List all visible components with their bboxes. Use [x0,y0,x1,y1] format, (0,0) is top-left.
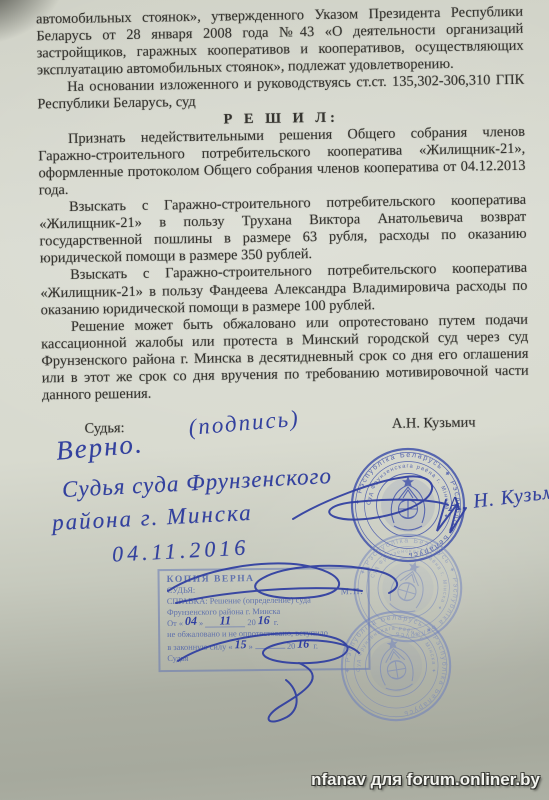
handwritten-month: 11 [218,613,233,627]
handwritten-verno: Верно. [55,428,145,467]
stamp-text: в законную силу « [167,642,232,652]
round-seal-stamp: ✦ Рэспубліка Беларусь ✦ Рэспубліка Белар… [330,600,463,733]
body-paragraph: Взыскать с Гаражно-строительного потреби… [39,192,527,268]
handwritten-podpis: (подпись) [188,410,300,437]
stamp-judge-bottom: Судья [167,651,362,664]
stamp-text: 20 [247,618,255,627]
handwritten-year: 16 [295,637,311,651]
stamp-text: » [249,642,253,651]
document-photo: автомобильных стоянок», утвержденного Ук… [0,0,549,800]
stamp-text: » [199,619,203,628]
body-paragraph: Решение может быть обжаловано или опроте… [41,311,529,404]
judge-name: А.Н. Кузьмич [392,415,476,433]
handwritten-year: 16 [256,613,272,627]
handwritten-district-line: района г. Минска [51,500,253,536]
signature-flourish [269,663,313,722]
body-paragraph: Признать недействительными решения Общег… [38,123,526,199]
photo-corner-shadow [0,0,70,48]
typed-text-block: автомобильных стоянок», утвержденного Ук… [0,3,549,439]
body-paragraph: автомобильных стоянок», утвержденного Ук… [36,4,524,80]
handwritten-day: 04 [183,614,199,628]
watermark-text: nfanav для forum.onliner.by [311,770,540,790]
handwritten-date: 04.11.2016 [111,534,250,567]
handwritten-day: 15 [232,637,248,651]
stamp-text: г. [274,618,279,627]
stamp-text: От « [167,619,183,628]
body-paragraph: Взыскать с Гаражно-строительного потреби… [40,260,528,319]
stamp-text: 20 [287,642,295,651]
stamp-text: г. [313,641,318,650]
handwritten-judge-line: Судья суда Фрунзенского [62,463,333,503]
